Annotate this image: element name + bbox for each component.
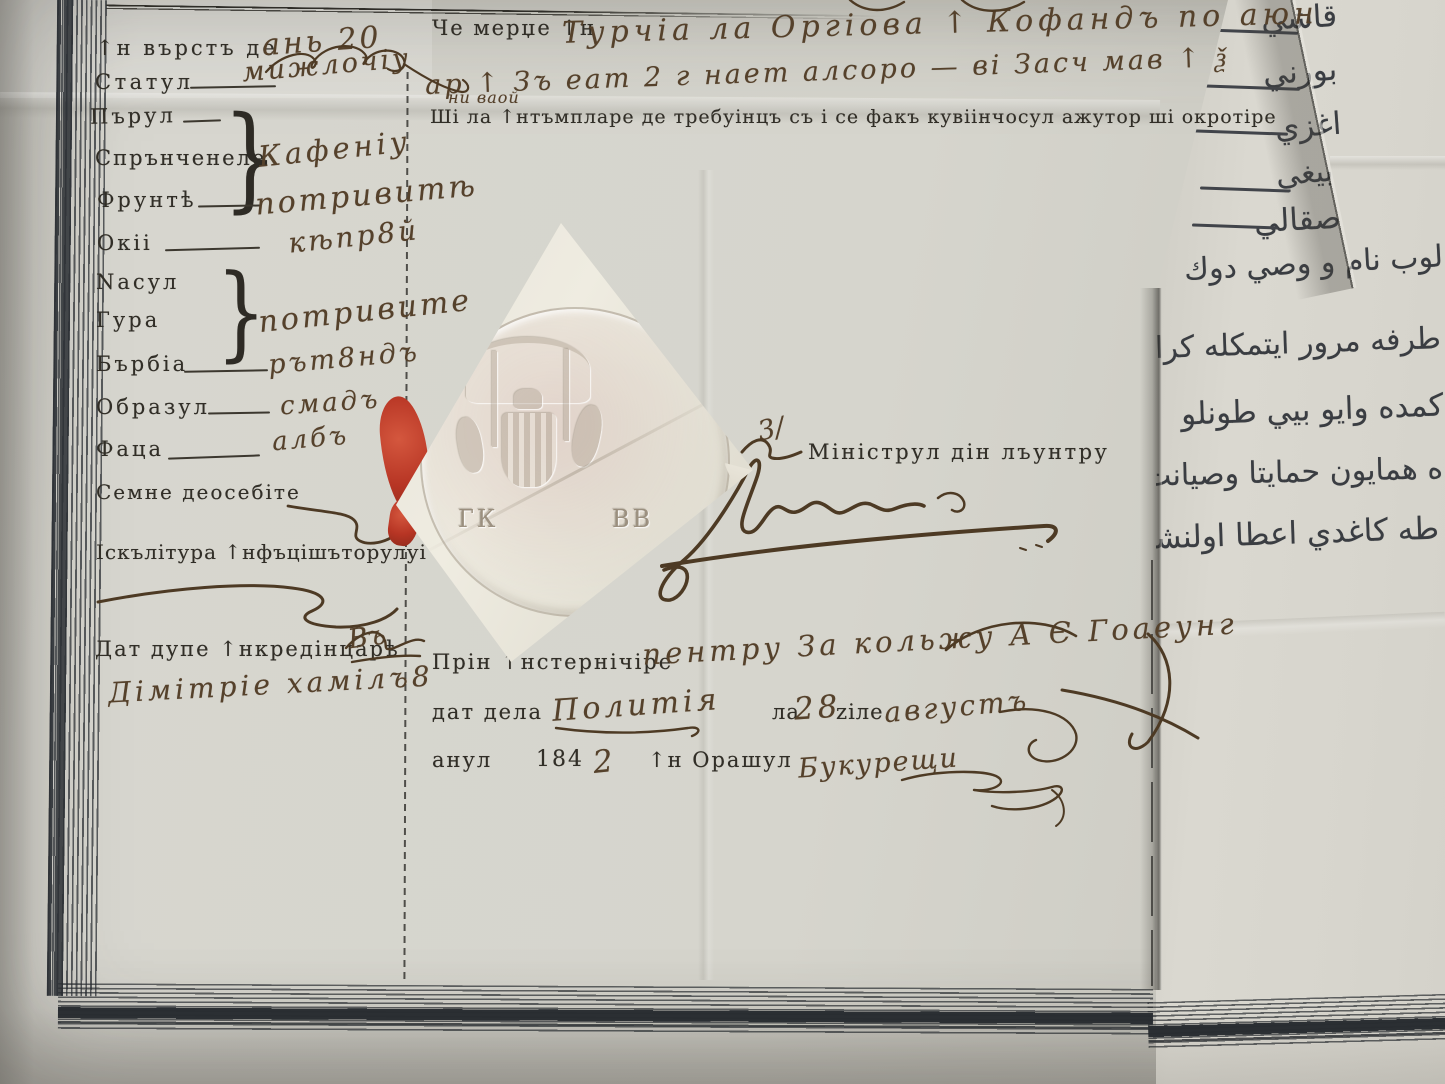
days-printed: ziле (836, 700, 884, 724)
minister-signature-tail (938, 493, 964, 512)
field-value-eyes: кѣпр8й (287, 213, 421, 260)
field-label-stature: Статул (95, 70, 194, 94)
seal-pole-left (492, 351, 497, 447)
year-label-printed: анул (432, 748, 492, 772)
issued-by-printed: Прін ↑нстернічіре (432, 650, 673, 674)
seal-supporter-left (453, 415, 486, 474)
minister-title: Мініструл дін лъунтру (808, 440, 1109, 464)
seal-letters-right: ВВ (612, 505, 653, 533)
field-rule-line (208, 411, 270, 414)
minister-signature-dots (1020, 545, 1042, 550)
city-hand: Букурещи (797, 742, 960, 784)
marks-squiggle (288, 506, 395, 543)
field-value-eyebrows: Кафеніу (257, 124, 413, 174)
field-value-given-upon: Въ (346, 620, 388, 656)
city-flourish (902, 772, 1062, 809)
month-hand: августъ (883, 684, 1031, 730)
given-from-hand: Политія (551, 682, 722, 729)
field-label-forehead: Фрунтѣ (97, 188, 197, 212)
field-label-face: Фаца (96, 437, 164, 461)
given-from-printed: дат дела (432, 700, 543, 724)
seal-crown-emblem (514, 389, 542, 409)
field-value-mouth: потривите (257, 283, 474, 340)
ottoman-text-line: طرفه مرور ايتمكله كرا (1155, 321, 1442, 366)
field-rule-line (165, 247, 260, 251)
passport-document-photo: قاشي بورني اغزي بيغي صقالي لوب نام و وصي… (0, 0, 1445, 1084)
police-underline (556, 728, 698, 736)
field-rule-line (183, 119, 221, 122)
bearer-signature-flourish (98, 586, 397, 627)
field-label-hair: Пърул (90, 103, 176, 128)
embossed-seal-circle: ГК ВВ (420, 307, 730, 617)
city-flourish-tail (1052, 790, 1064, 826)
clause-hand-small: ни ваой (448, 88, 520, 107)
field-label-chin: Бърбіа (96, 352, 188, 376)
seal-supporter-right (568, 403, 606, 469)
field-label-marks: Семне деосебіте (96, 480, 301, 504)
seal-pole-right (564, 349, 569, 441)
clause-assistance-line: Ші ла ↑нтъмпларе де требуінцъ съ і се фа… (430, 106, 1277, 128)
clause-hand-line2: ар ↑ Зъ еат 2 г нает алсоро — ві Засч ма… (425, 42, 1229, 101)
field-label-cheek: Образул (96, 395, 210, 419)
flap-crease (1330, 156, 1445, 170)
bearer-name-signature: Дімітріе хамілъ8 (107, 659, 434, 709)
engraved-border-bottom-right (1147, 994, 1445, 1048)
year-hand-digit: 2 (591, 743, 614, 781)
field-value-forehead: потривитѣ (254, 168, 479, 222)
field-value-cheek: смадъ (279, 385, 381, 422)
seal-letters-left: ГК (458, 505, 498, 533)
year-printed-digits: 184 (536, 747, 584, 772)
minister-signature-underline (662, 526, 1056, 566)
field-label-eyes: Окіі (97, 231, 153, 255)
ottoman-text-line: ه همايون حمايتا وصيانت (1143, 451, 1444, 494)
field-label-bearer-signature: Іскълітура ↑нфъцішъторулуі (96, 540, 427, 564)
ottoman-text-line: كمده وايو بيي طونلو (1180, 387, 1444, 432)
field-label-nose: Nасул (96, 270, 179, 294)
in-city-printed: ↑н Орашул (648, 748, 793, 772)
ottoman-text-line: طه كاغدي اعطا اولنشدو (1123, 511, 1439, 558)
minister-hand-mark: 3/ (755, 412, 787, 448)
engraved-border-bottom (58, 983, 1153, 1035)
left-edge-shadow (0, 0, 34, 1084)
field-value-chin: рът8ндъ (267, 336, 421, 380)
seal-shield-emblem (502, 413, 556, 487)
field-value-face: албъ (271, 421, 351, 458)
field-label-mouth: Гура (96, 308, 160, 332)
fold-crease-vertical (698, 170, 714, 980)
field-rule-line (168, 454, 260, 459)
